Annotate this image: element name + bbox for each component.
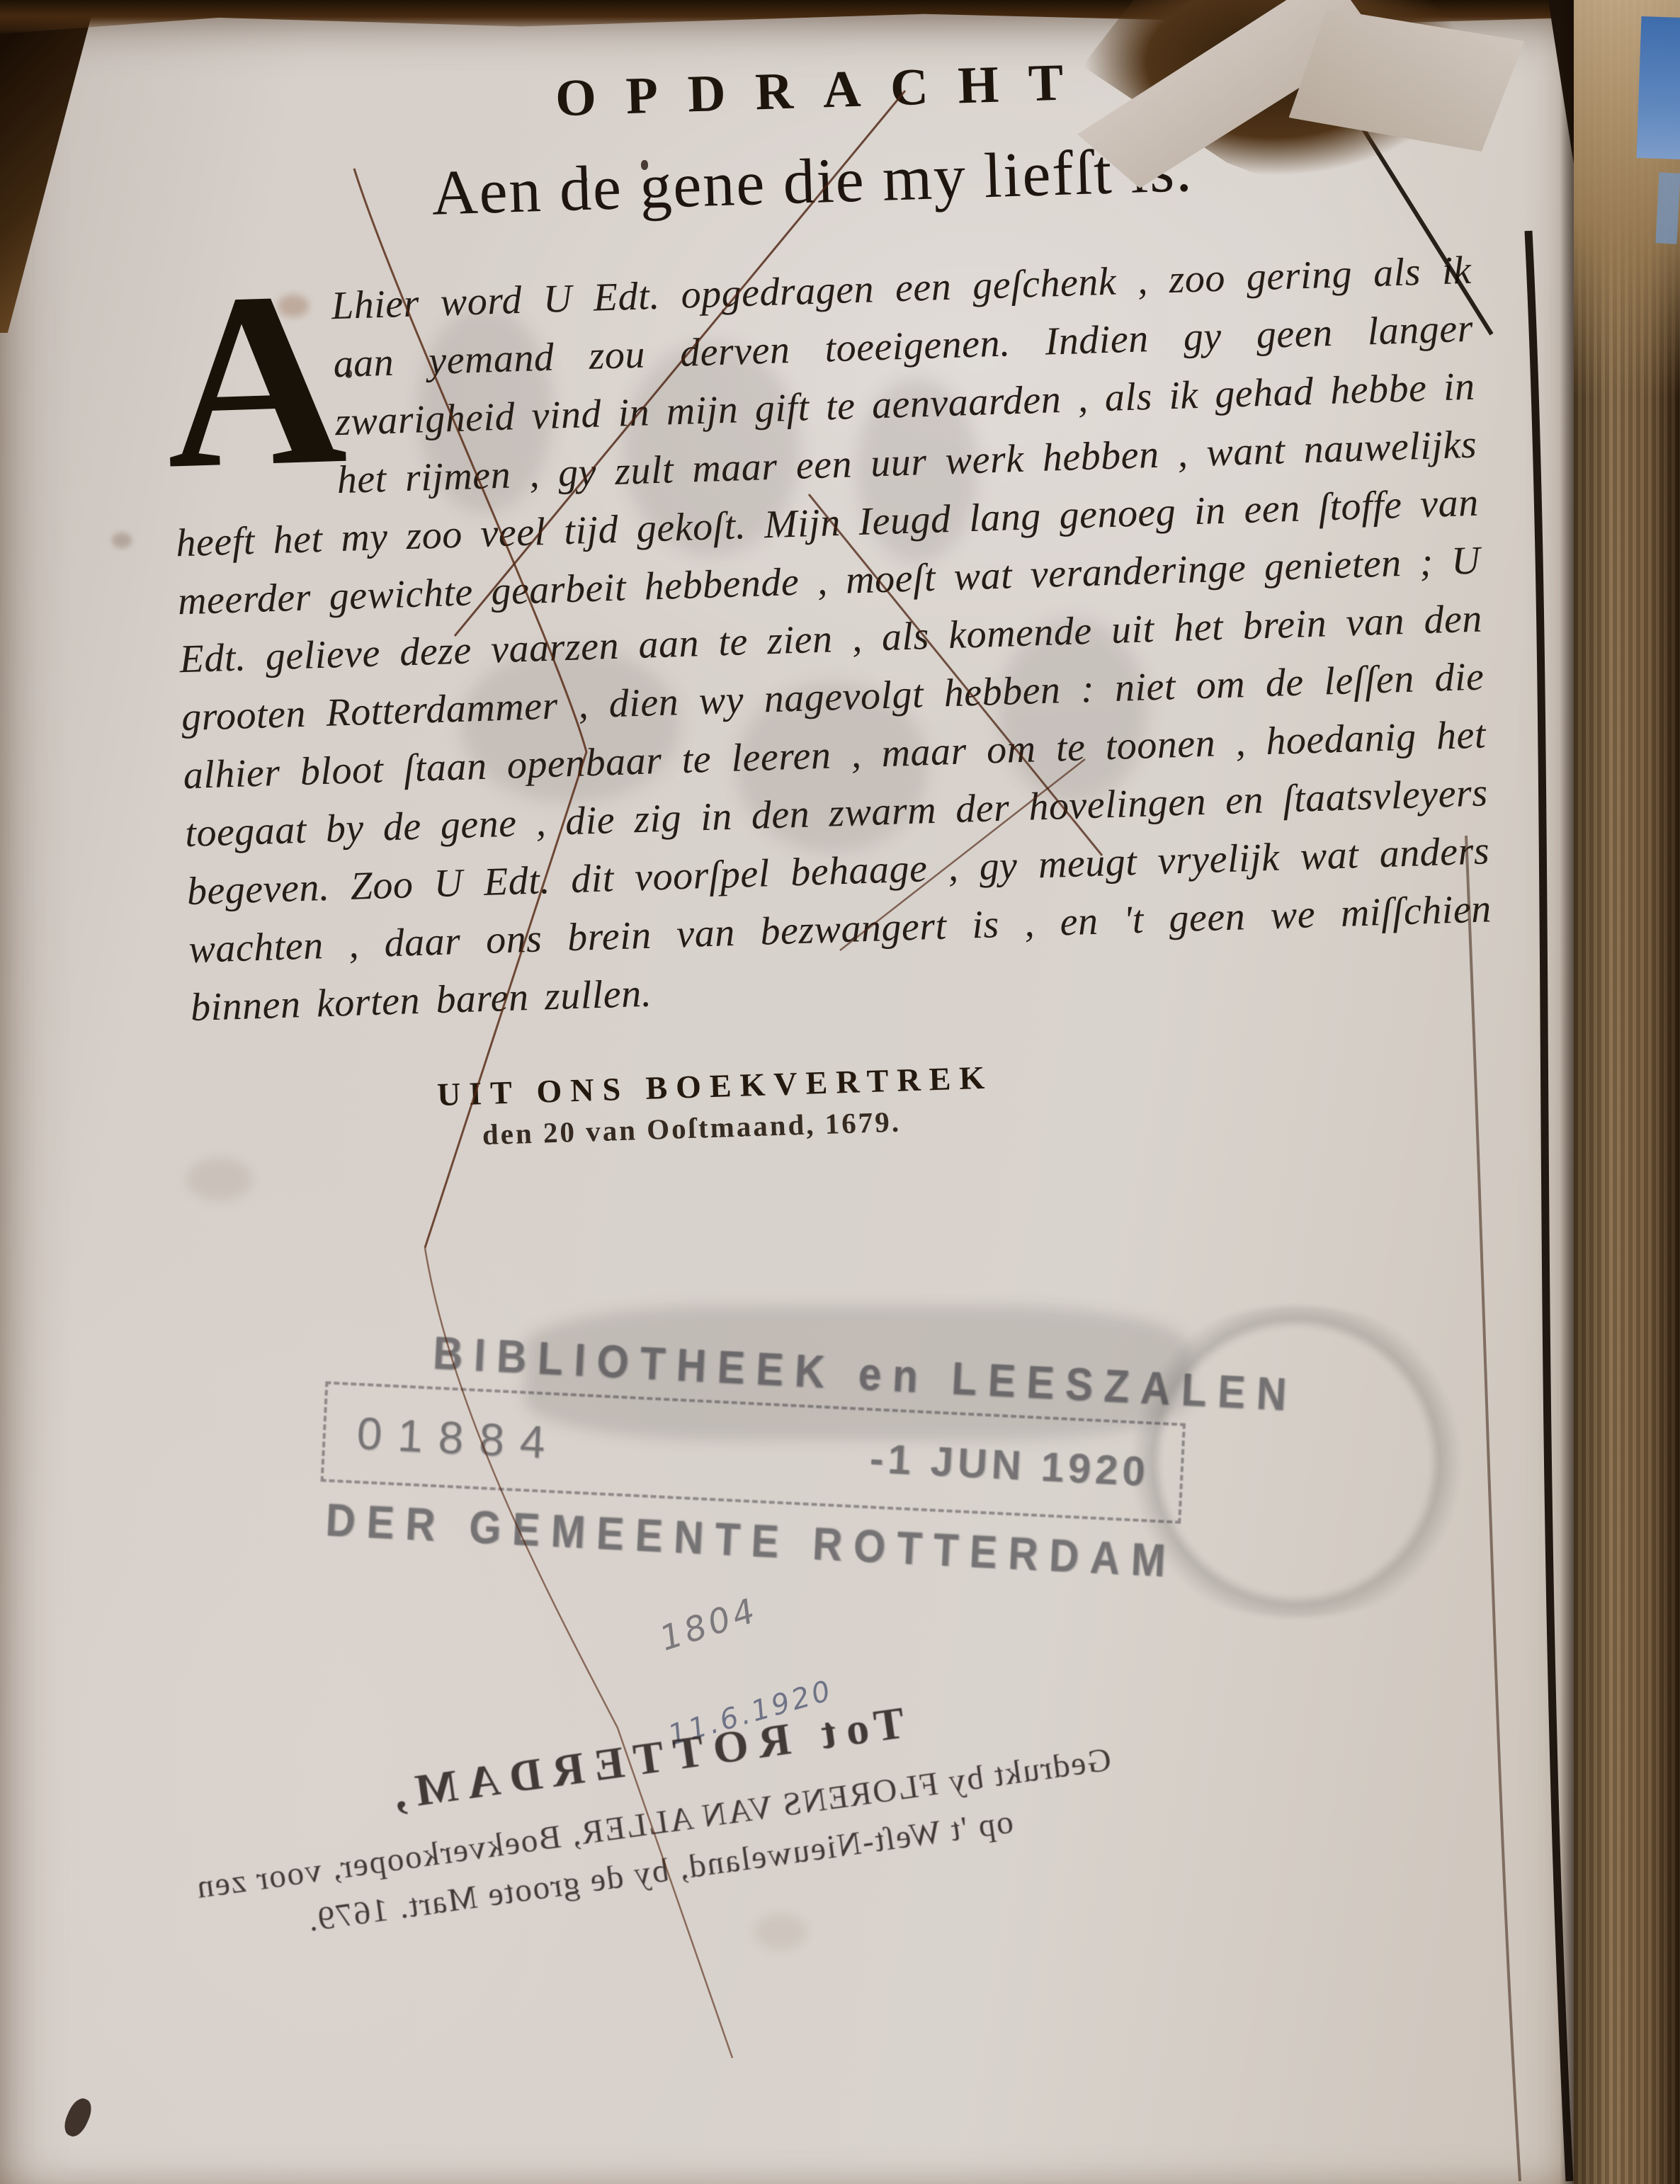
ink-speck [60, 2095, 96, 2139]
paper-stain [186, 1157, 254, 1201]
paragraph-text: Lhier word U Edt. opgedragen een geſchen… [175, 249, 1492, 1030]
dedication-paragraph: ALhier word U Edt. opgedragen een geſche… [168, 241, 1494, 1037]
paper-stain [754, 1913, 807, 1950]
stamp-date: -1 JUN 1920 [869, 1435, 1151, 1496]
photographed-book-page: OPDRACHT Aen de gene die my liefſt is. A… [0, 0, 1680, 2184]
blue-cover-patch [1637, 16, 1680, 159]
stamp-accession-number: 01884 [356, 1407, 562, 1469]
drop-cap-initial: A [162, 289, 327, 474]
blue-cover-patch-small [1655, 172, 1680, 244]
library-stamp: BIBLIOTHEEK en LEESZALEN 01884 -1 JUN 19… [317, 1324, 1361, 1594]
